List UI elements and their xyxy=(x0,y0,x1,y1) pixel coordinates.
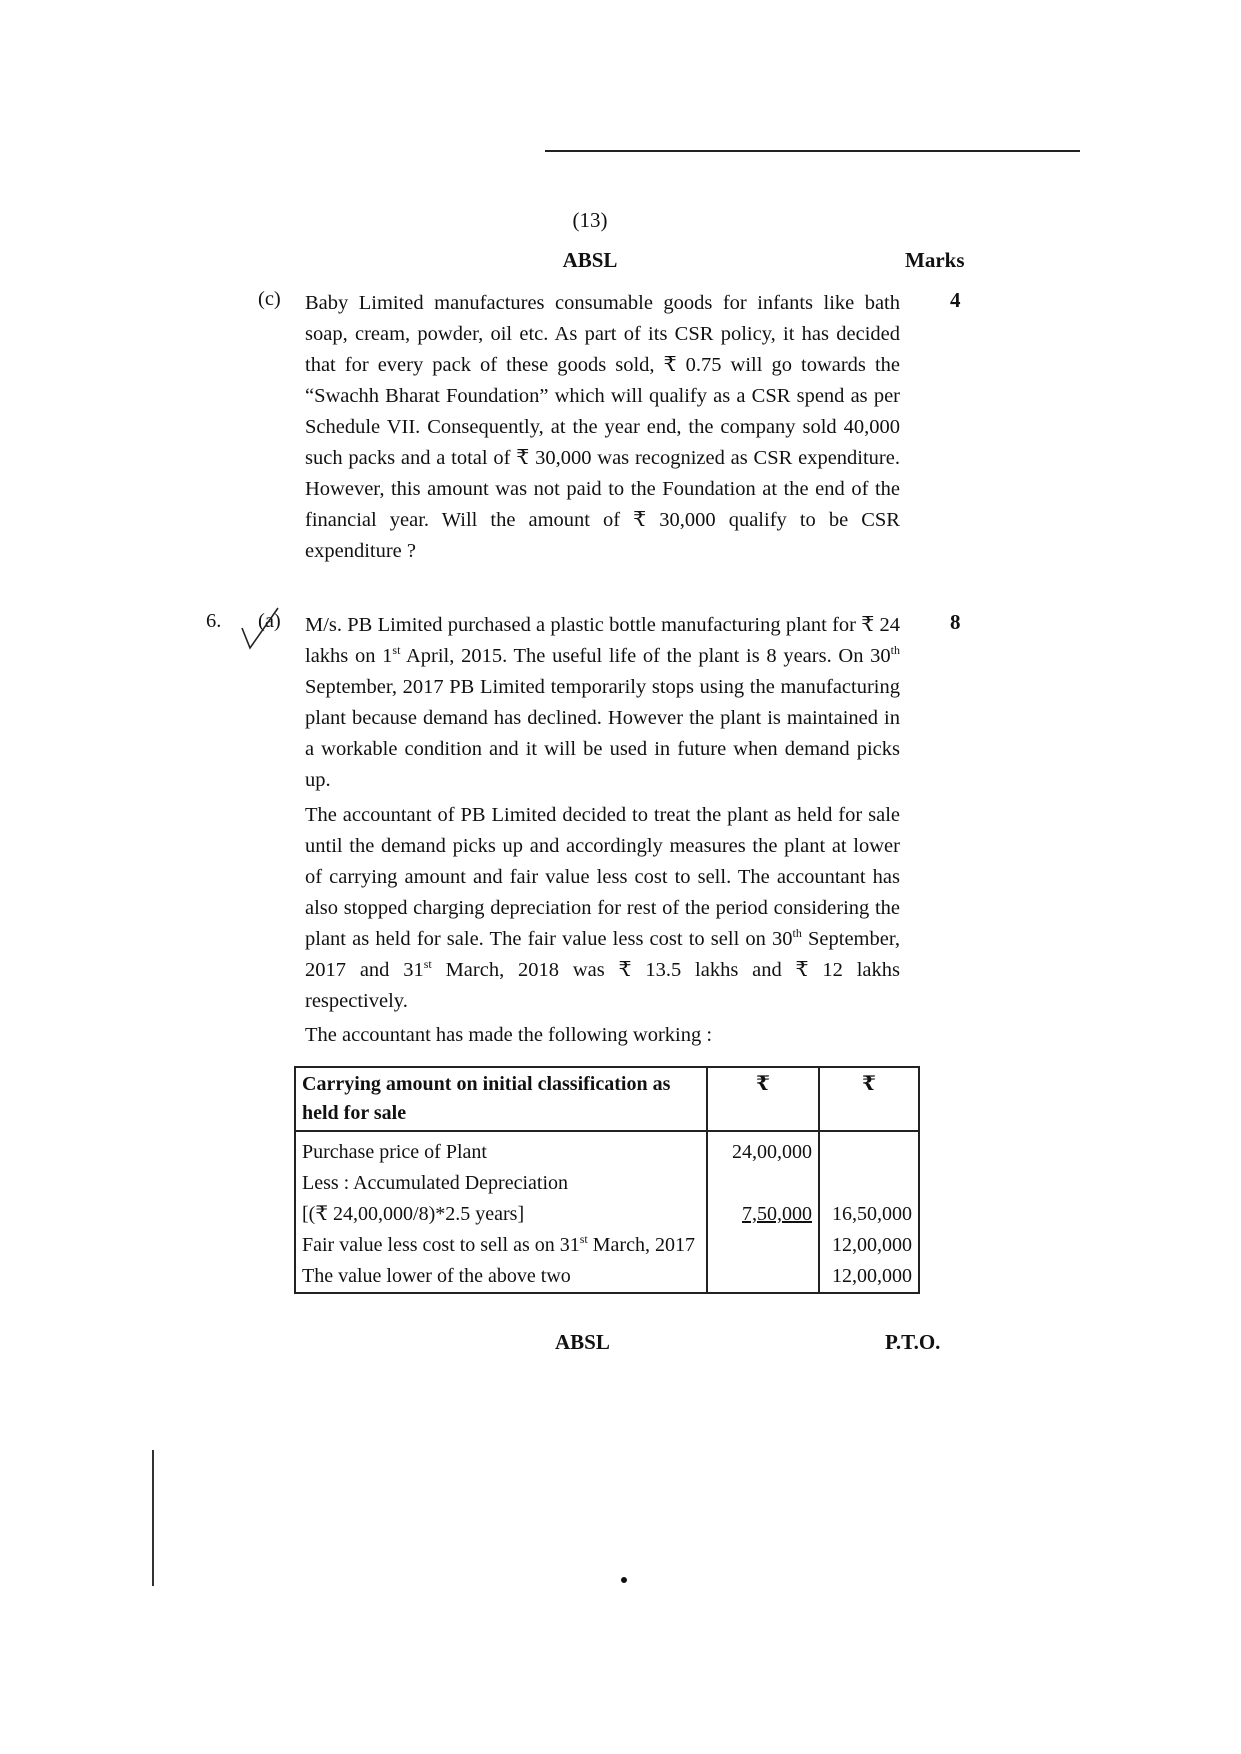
text-run: September, 2017 PB Limited temporarily s… xyxy=(305,676,900,791)
question-c-label: (c) xyxy=(258,288,281,311)
table-row: Purchase price of Plant 24,00,000 xyxy=(295,1131,919,1168)
marks-column-heading: Marks xyxy=(905,248,965,273)
superscript: th xyxy=(891,643,900,657)
row-amount-a: 7,50,000 xyxy=(742,1203,812,1225)
row-description: The value lower of the above two xyxy=(295,1261,707,1293)
table-row: Less : Accumulated Depreciation xyxy=(295,1168,919,1199)
row-amount-b: 12,00,000 xyxy=(819,1261,919,1293)
question-6-number: 6. xyxy=(206,610,221,633)
row-amount-a xyxy=(707,1261,819,1293)
table-header-description: Carrying amount on initial classificatio… xyxy=(295,1067,707,1131)
scan-speck xyxy=(621,1577,627,1583)
table-row: The value lower of the above two 12,00,0… xyxy=(295,1261,919,1293)
row-amount-a: 24,00,000 xyxy=(707,1131,819,1168)
superscript: th xyxy=(793,926,802,940)
please-turn-over: P.T.O. xyxy=(885,1330,940,1355)
header-rule xyxy=(545,150,1080,152)
question-6a-paragraph-2: The accountant of PB Limited decided to … xyxy=(305,800,900,1017)
row-amount-b: 16,50,000 xyxy=(819,1199,919,1230)
question-6a-paragraph-3: The accountant has made the following wo… xyxy=(305,1020,900,1051)
superscript: st xyxy=(580,1232,588,1246)
row-description: Less : Accumulated Depreciation xyxy=(295,1168,707,1199)
question-6a-paragraph-1: M/s. PB Limited purchased a plastic bott… xyxy=(305,610,900,796)
row-amount-a xyxy=(707,1230,819,1261)
table-header-rupee-col-a: ₹ xyxy=(707,1067,819,1131)
table-header-rupee-col-b: ₹ xyxy=(819,1067,919,1131)
table-row: Fair value less cost to sell as on 31st … xyxy=(295,1230,919,1261)
row-amount-b xyxy=(819,1131,919,1168)
table-row: [(₹ 24,00,000/8)*2.5 years] 7,50,000 16,… xyxy=(295,1199,919,1230)
text-run: Fair value less cost to sell as on 31 xyxy=(302,1234,580,1256)
row-amount-a xyxy=(707,1168,819,1199)
accountant-working-table: Carrying amount on initial classificatio… xyxy=(294,1066,920,1294)
scan-margin-line xyxy=(152,1450,154,1586)
question-c-text: Baby Limited manufactures consumable goo… xyxy=(305,288,900,567)
row-description: Purchase price of Plant xyxy=(295,1131,707,1168)
question-6-marks: 8 xyxy=(950,610,961,635)
paper-code-footer: ABSL xyxy=(555,1330,610,1355)
text-run: April, 2015. The useful life of the plan… xyxy=(400,645,890,667)
row-amount-b: 12,00,000 xyxy=(819,1230,919,1261)
handwritten-check-icon xyxy=(236,604,296,654)
row-description: Fair value less cost to sell as on 31st … xyxy=(295,1230,707,1261)
text-run: March, 2017 xyxy=(588,1234,695,1256)
paper-code-header: ABSL xyxy=(545,248,635,273)
row-description: [(₹ 24,00,000/8)*2.5 years] xyxy=(295,1199,707,1230)
row-amount-b xyxy=(819,1168,919,1199)
page-number: (13) xyxy=(560,208,620,233)
question-c-marks: 4 xyxy=(950,288,961,313)
superscript: st xyxy=(424,957,432,971)
table-header-row: Carrying amount on initial classificatio… xyxy=(295,1067,919,1131)
